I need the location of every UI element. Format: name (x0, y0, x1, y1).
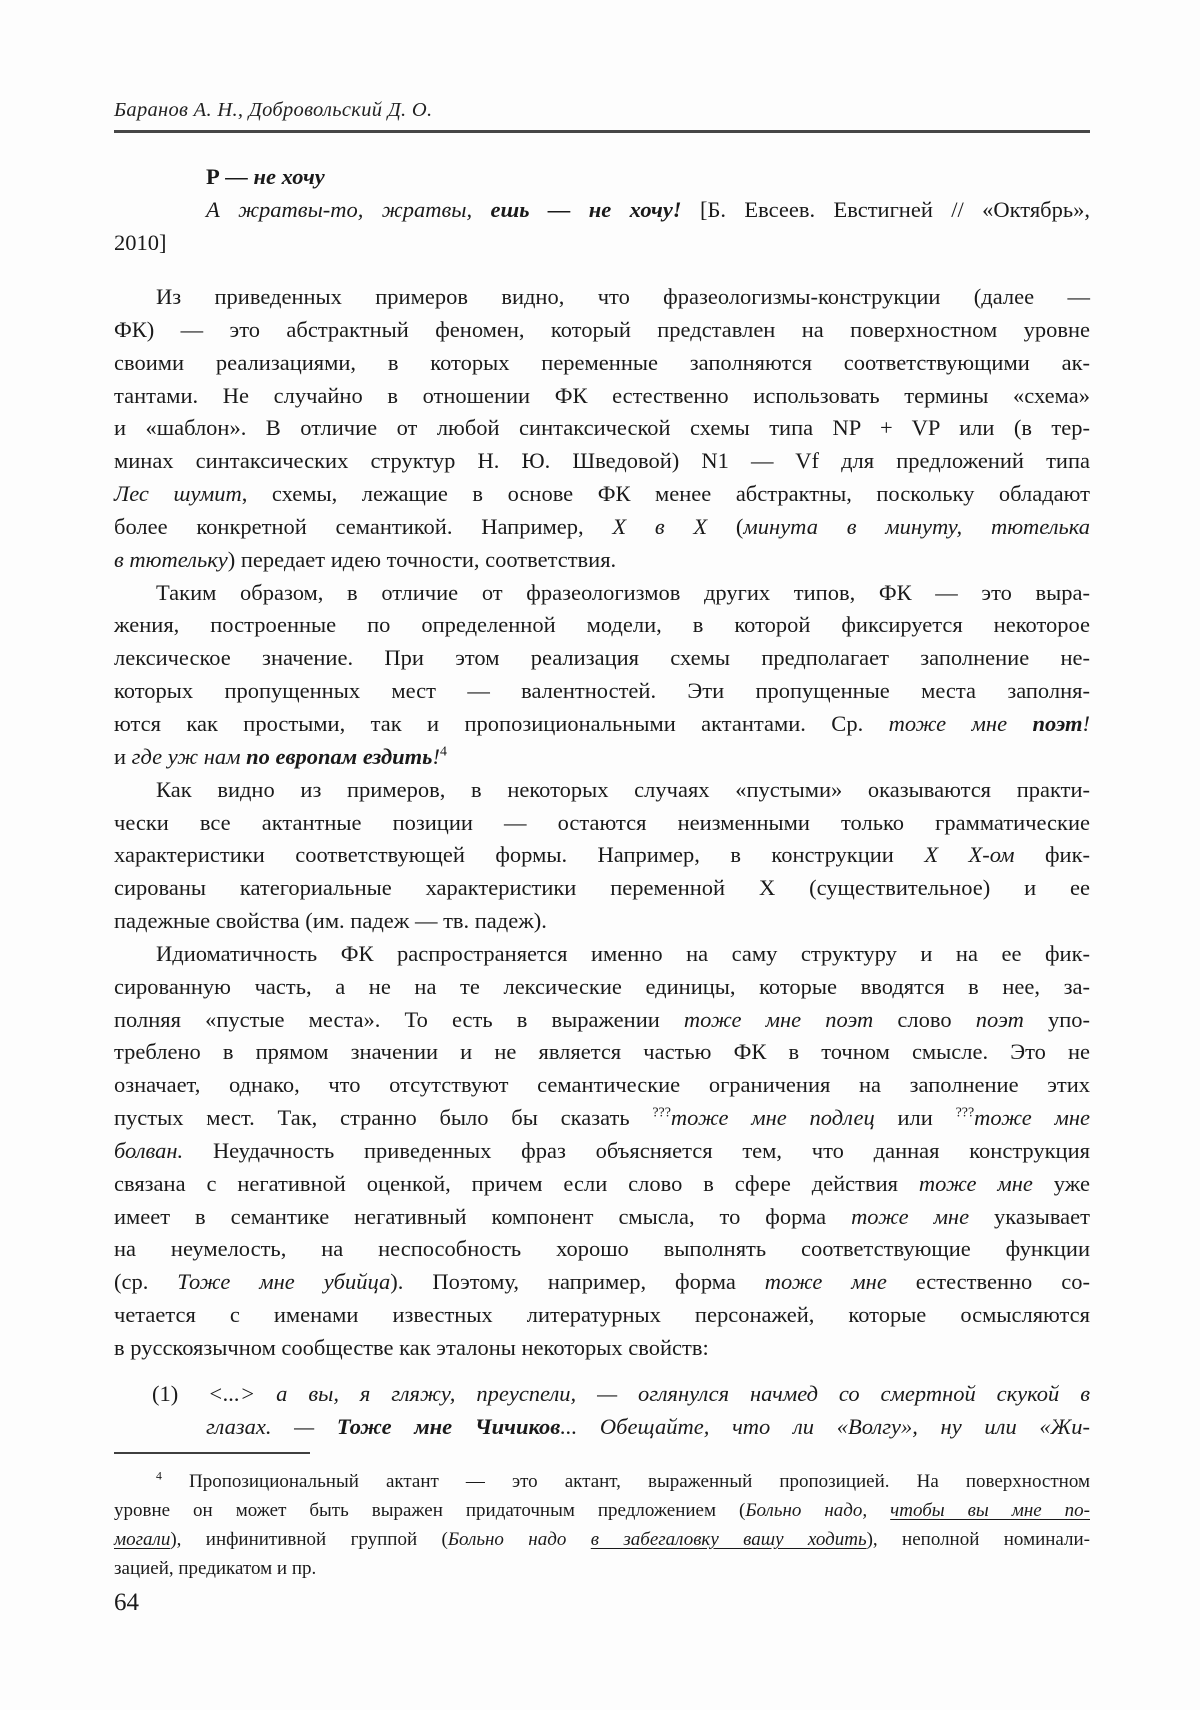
text-line: и «шаблон». В отличие от любой синтаксич… (114, 412, 1090, 445)
text-run: 4 (440, 744, 447, 759)
text-line: сированы категориальные характеристики п… (114, 872, 1090, 905)
text-line: четается с именами известных литературны… (114, 1299, 1090, 1332)
text-run: ( (707, 514, 743, 539)
text-run: естественно со- (887, 1269, 1090, 1294)
text-run: глазах. — (206, 1414, 337, 1439)
text-line: означает, однако, что отсутствуют семант… (114, 1069, 1090, 1102)
text-line: (ср. Тоже мне убийца). Поэтому, например… (114, 1266, 1090, 1299)
text-run: ! (432, 744, 440, 769)
dictionary-entry-heading: Р — не хочуА жратвы-то, жратвы, ешь — не… (114, 160, 1090, 259)
text-run: четается с именами известных литературны… (114, 1302, 1090, 1327)
text-line: связана с негативной оценкой, причем есл… (114, 1168, 1090, 1201)
text-line: ются как простыми, так и пропозициональн… (114, 708, 1090, 741)
text-line: болван. Неудачность приведенных фраз объ… (114, 1135, 1090, 1168)
text-run: тантами. Не случайно в отношении ФК есте… (114, 383, 1090, 408)
text-line: могали), инфинитивной группой (Больно на… (114, 1525, 1090, 1554)
text-run: ешь — не хочу! (491, 197, 682, 222)
text-run: тоже мне (889, 711, 1033, 736)
text-run: зацией, предикатом и пр. (114, 1558, 316, 1579)
text-run: <...> а вы, я гляжу, преуспели, — огляну… (208, 1381, 1090, 1406)
text-line: глазах. — Тоже мне Чичиков... Обещайте, … (114, 1410, 1090, 1443)
text-run: ются как простыми, так и пропозициональн… (114, 711, 889, 736)
text-run: полняя «пустые места». То есть в выражен… (114, 1007, 684, 1032)
text-line: которых пропущенных мест — валентностей.… (114, 675, 1090, 708)
text-run: ), неполной номинали- (867, 1529, 1090, 1550)
text-line: Лес шумит, схемы, лежащие в основе ФК ме… (114, 478, 1090, 511)
text-run: в забегаловку вашу ходить (591, 1529, 867, 1550)
text-run: тоже мне подлец (671, 1105, 875, 1130)
text-line: минах синтаксических структур Н. Ю. Швед… (114, 445, 1090, 478)
paragraph-3: Как видно из примеров, в некоторых случа… (114, 774, 1090, 938)
document-page: Баранов А. Н., Добровольский Д. О. Р — н… (0, 0, 1200, 1710)
text-run: ФК) — это абстрактный феномен, который п… (114, 317, 1090, 342)
text-run: X X-ом (924, 842, 1014, 867)
page-number: 64 (114, 1589, 139, 1617)
text-line: ФК) — это абстрактный феномен, который п… (114, 314, 1090, 347)
text-run: ??? (652, 1106, 671, 1121)
text-run: фик- (1015, 842, 1091, 867)
text-run: тоже мне (974, 1105, 1090, 1130)
text-run: поэт (1032, 711, 1082, 736)
text-line: в русскоязычном сообществе как эталоны н… (114, 1332, 1090, 1365)
text-run: своими реализациями, в которых переменны… (114, 350, 1090, 375)
text-run: тоже мне (919, 1171, 1033, 1196)
text-run: ! (1082, 711, 1090, 736)
text-run: падежные свойства (им. падеж — тв. падеж… (114, 908, 547, 933)
text-run: чески все актантные позиции — остаются н… (114, 810, 1090, 835)
text-line: пустых мест. Так, странно было бы сказат… (114, 1102, 1090, 1135)
text-line: уровне он может быть выражен придаточным… (114, 1496, 1090, 1525)
text-line: сированную часть, а не на те лексические… (114, 971, 1090, 1004)
running-header-authors: Баранов А. Н., Добровольский Д. О. (114, 99, 432, 121)
text-run: имеет в семантике негативный компонент с… (114, 1204, 851, 1229)
text-run: [Б. Евсеев. Евстигней // «Октябрь», (682, 197, 1090, 222)
text-run: X в X (612, 514, 707, 539)
text-run: которых пропущенных мест — валентностей.… (114, 678, 1090, 703)
text-run: жения, построенные по определенной модел… (114, 612, 1090, 637)
text-run: лексическое значение. При этом реализаци… (114, 645, 1090, 670)
text-line: падежные свойства (им. падеж — тв. падеж… (114, 905, 1090, 938)
text-run: поэт (976, 1007, 1024, 1032)
text-line: чески все актантные позиции — остаются н… (114, 807, 1090, 840)
text-line: своими реализациями, в которых переменны… (114, 347, 1090, 380)
text-line: 4 Пропозициональный актант — это актант,… (114, 1467, 1090, 1496)
text-run: ... Обещайте, что ли «Волгу», ну или «Жи… (560, 1414, 1090, 1439)
text-run: тоже мне поэт (684, 1007, 873, 1032)
text-run: уже (1033, 1171, 1090, 1196)
text-line: 2010] (114, 226, 1090, 259)
text-run: Тоже мне убийца (177, 1269, 390, 1294)
text-line: Таким образом, в отличие от фразеологизм… (114, 577, 1090, 610)
text-line: зацией, предикатом и пр. (114, 1554, 1090, 1583)
paragraph-4: Идиоматичность ФК распространяется именн… (114, 938, 1090, 1365)
text-run: Больно надо, (745, 1500, 890, 1521)
text-line: имеет в семантике негативный компонент с… (114, 1201, 1090, 1234)
text-run: в русскоязычном сообществе как эталоны н… (114, 1335, 709, 1360)
text-line: Р — не хочу (114, 160, 1090, 193)
text-run: где уж нам (132, 744, 246, 769)
text-run: 2010] (114, 230, 167, 255)
text-run: уровне он может быть выражен придаточным… (114, 1500, 745, 1521)
paragraph-2: Таким образом, в отличие от фразеологизм… (114, 577, 1090, 774)
text-run: тоже мне (765, 1269, 887, 1294)
text-line: (1)<...> а вы, я гляжу, преуспели, — огл… (114, 1377, 1090, 1410)
text-run: или (875, 1105, 956, 1130)
text-run: ). Поэтому, например, форма (390, 1269, 765, 1294)
footnote: 4 Пропозициональный актант — это актант,… (114, 1467, 1090, 1584)
text-line: Из приведенных примеров видно, что фразе… (114, 281, 1090, 314)
text-run: более конкретной семантикой. Например, (114, 514, 612, 539)
text-run: Лес шумит (114, 481, 242, 506)
text-run: Из приведенных примеров видно, что фразе… (156, 284, 1090, 309)
text-run: Неудачность приведенных фраз объясняется… (183, 1138, 1090, 1163)
header-rule (114, 130, 1090, 133)
text-run: сированную часть, а не на те лексические… (114, 974, 1090, 999)
text-run: в тютельку (114, 547, 228, 572)
text-run: пустых мест. Так, странно было бы сказат… (114, 1105, 652, 1130)
running-header: Баранов А. Н., Добровольский Д. О. (114, 99, 1090, 122)
text-run: и «шаблон». В отличие от любой синтаксич… (114, 415, 1090, 440)
text-line: лексическое значение. При этом реализаци… (114, 642, 1090, 675)
text-line: треблено в прямом значении и не является… (114, 1036, 1090, 1069)
text-run: слово (873, 1007, 975, 1032)
text-line: более конкретной семантикой. Например, X… (114, 511, 1090, 544)
text-run: Пропозициональный актант — это актант, в… (162, 1471, 1090, 1492)
text-run: указывает (969, 1204, 1090, 1229)
text-run: (ср. (114, 1269, 177, 1294)
text-run: Тоже мне Чичиков (337, 1414, 561, 1439)
example-1: (1)<...> а вы, я гляжу, преуспели, — огл… (114, 1377, 1090, 1443)
text-run: болван. (114, 1138, 183, 1163)
text-run: , схемы, лежащие в основе ФК менее абстр… (242, 481, 1090, 506)
text-run: А жратвы-то, жратвы, (206, 197, 491, 222)
page-content: Р — не хочуА жратвы-то, жратвы, ешь — не… (114, 160, 1090, 1584)
text-run: Таким образом, в отличие от фразеологизм… (156, 580, 1090, 605)
text-line: жения, построенные по определенной модел… (114, 609, 1090, 642)
text-run: Р (206, 164, 225, 189)
text-run: могали (114, 1529, 170, 1550)
text-run: минах синтаксических структур Н. Ю. Швед… (114, 448, 1090, 473)
text-line: полняя «пустые места». То есть в выражен… (114, 1004, 1090, 1037)
text-run: по европам ездить (246, 744, 432, 769)
text-run: Идиоматичность ФК распространяется именн… (156, 941, 1090, 966)
text-run: означает, однако, что отсутствуют семант… (114, 1072, 1090, 1097)
text-run: характеристики соответствующей формы. На… (114, 842, 924, 867)
text-run: Больно надо (448, 1529, 591, 1550)
text-line: Идиоматичность ФК распространяется именн… (114, 938, 1090, 971)
text-run: тоже мне (851, 1204, 969, 1229)
text-run: ), инфинитивной группой ( (170, 1529, 448, 1550)
text-run: треблено в прямом значении и не является… (114, 1039, 1090, 1064)
text-run: Как видно из примеров, в некоторых случа… (156, 777, 1090, 802)
paragraph-1: Из приведенных примеров видно, что фразе… (114, 281, 1090, 577)
text-run: минута в минуту, тютелька (743, 514, 1090, 539)
text-line: Как видно из примеров, в некоторых случа… (114, 774, 1090, 807)
text-run: ) передает идею точности, соответствия. (228, 547, 616, 572)
text-run: — не хочу (225, 164, 324, 189)
text-line: характеристики соответствующей формы. На… (114, 839, 1090, 872)
text-run: упо- (1024, 1007, 1090, 1032)
text-line: А жратвы-то, жратвы, ешь — не хочу! [Б. … (114, 193, 1090, 226)
text-line: и где уж нам по европам ездить!4 (114, 741, 1090, 774)
text-run: сированы категориальные характеристики п… (114, 875, 1090, 900)
text-run: чтобы вы мне по- (890, 1500, 1090, 1521)
text-line: в тютельку) передает идею точности, соот… (114, 544, 1090, 577)
text-run: и (114, 744, 132, 769)
text-run: связана с негативной оценкой, причем есл… (114, 1171, 919, 1196)
text-run: на неумелость, на неспособность хорошо в… (114, 1236, 1090, 1261)
text-line: на неумелость, на неспособность хорошо в… (114, 1233, 1090, 1266)
text-line: тантами. Не случайно в отношении ФК есте… (114, 380, 1090, 413)
text-run: ??? (956, 1106, 975, 1121)
text-run: (1) (152, 1377, 208, 1410)
footnote-rule (114, 1452, 310, 1454)
